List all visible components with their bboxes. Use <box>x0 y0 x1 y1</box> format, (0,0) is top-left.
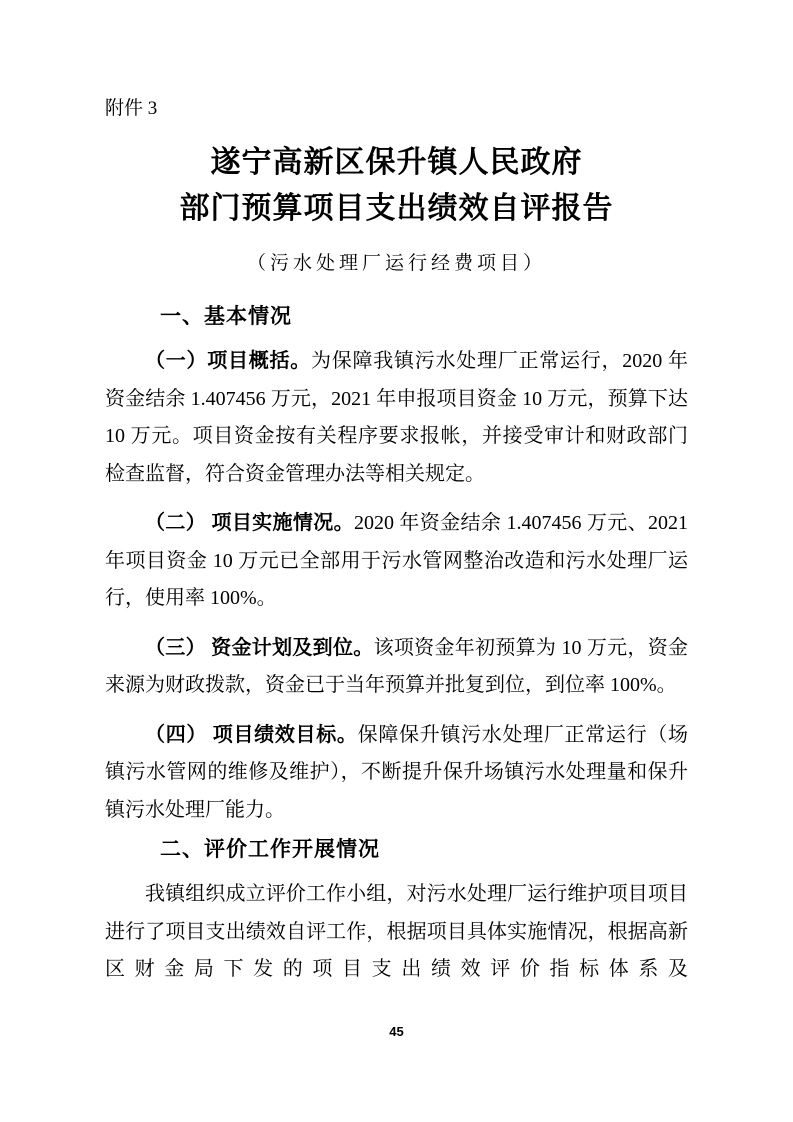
section-heading-basic-situation: 一、基本情况 <box>105 302 688 331</box>
title-line-1: 遂宁高新区保升镇人民政府 <box>105 140 688 186</box>
document-content: 附件 3 遂宁高新区保升镇人民政府 部门预算项目支出绩效自评报告 （污水处理厂运… <box>105 96 688 989</box>
paragraph-lead-project-overview: （一）项目概括。 <box>145 350 311 372</box>
paragraph-performance-target: （四） 项目绩效目标。保障保升镇污水处理厂正常运行（场镇污水管网的维修及维护），… <box>105 717 688 830</box>
paragraph-fund-plan: （三） 资金计划及到位。该项资金年初预算为 10 万元，资金来源为财政拨款，资金… <box>105 630 688 705</box>
paragraph-lead-fund-plan: （三） 资金计划及到位。 <box>145 637 374 659</box>
attachment-label: 附件 3 <box>105 96 688 122</box>
paragraph-lead-project-implementation: （二） 项目实施情况。 <box>145 512 354 534</box>
title-line-2: 部门预算项目支出绩效自评报告 <box>105 186 688 232</box>
paragraph-evaluation-work: 我镇组织成立评价工作小组，对污水处理厂运行维护项目项目进行了项目支出绩效自评工作… <box>105 876 688 989</box>
paragraph-project-overview: （一）项目概括。为保障我镇污水处理厂正常运行，2020 年资金结余 1.4074… <box>105 343 688 493</box>
section-heading-evaluation-work: 二、评价工作开展情况 <box>105 835 688 864</box>
paragraph-text-evaluation-work: 我镇组织成立评价工作小组，对污水处理厂运行维护项目项目进行了项目支出绩效自评工作… <box>105 883 688 980</box>
paragraph-lead-performance-target: （四） 项目绩效目标。 <box>145 724 358 746</box>
document-page: 附件 3 遂宁高新区保升镇人民政府 部门预算项目支出绩效自评报告 （污水处理厂运… <box>0 0 793 1122</box>
document-subtitle: （污水处理厂运行经费项目） <box>105 250 688 278</box>
document-title: 遂宁高新区保升镇人民政府 部门预算项目支出绩效自评报告 <box>105 140 688 232</box>
page-number: 45 <box>0 1024 793 1040</box>
paragraph-project-implementation: （二） 项目实施情况。2020 年资金结余 1.407456 万元、2021 年… <box>105 505 688 618</box>
